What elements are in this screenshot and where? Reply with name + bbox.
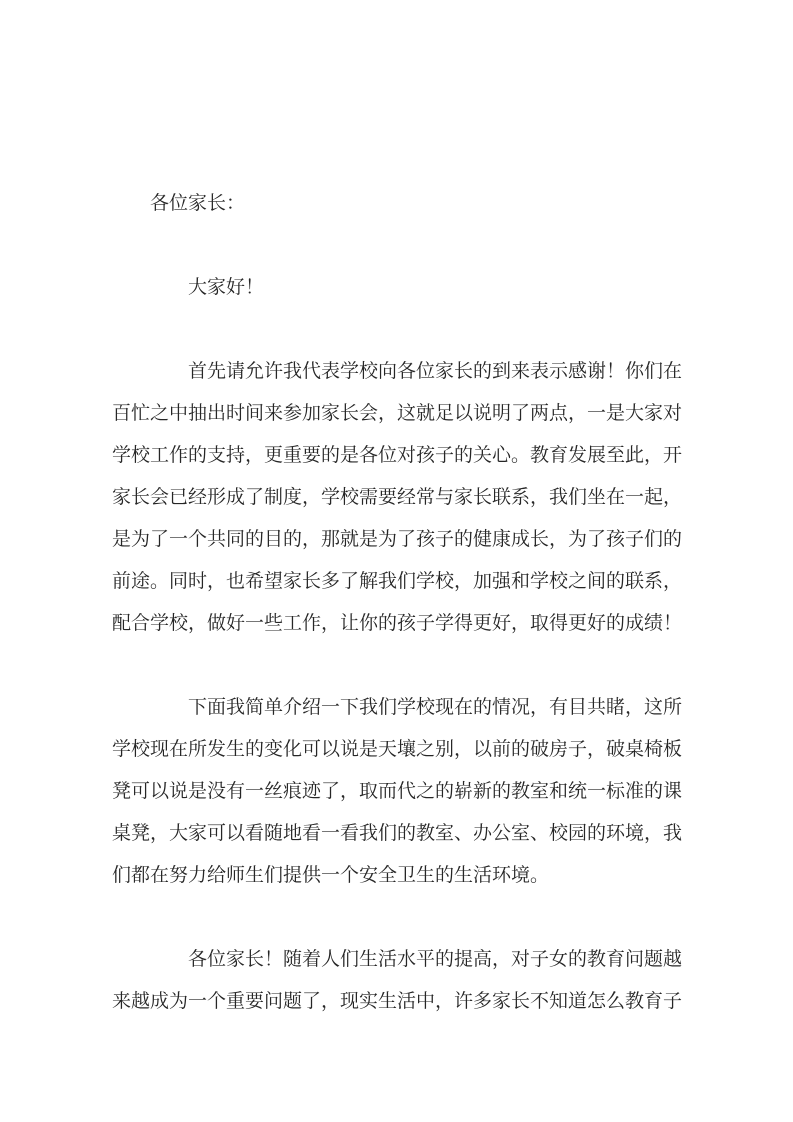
document-body: 各位家长： 大家好！ 首先请允许我代表学校向各位家长的到来表示感谢！你们在百忙之… bbox=[112, 183, 682, 1023]
paragraph-salutation: 各位家长： bbox=[112, 183, 682, 225]
paragraph-body-3: 各位家长！随着人们生活水平的提高，对子女的教育问题越来越成为一个重要问题了，现实… bbox=[112, 939, 682, 1023]
paragraph-body-1: 首先请允许我代表学校向各位家长的到来表示感谢！你们在百忙之中抽出时间来参加家长会… bbox=[112, 351, 682, 645]
document-page: 各位家长： 大家好！ 首先请允许我代表学校向各位家长的到来表示感谢！你们在百忙之… bbox=[0, 0, 793, 1122]
paragraph-greeting: 大家好！ bbox=[112, 267, 682, 309]
paragraph-body-2: 下面我简单介绍一下我们学校现在的情况，有目共睹，这所学校现在所发生的变化可以说是… bbox=[112, 687, 682, 897]
